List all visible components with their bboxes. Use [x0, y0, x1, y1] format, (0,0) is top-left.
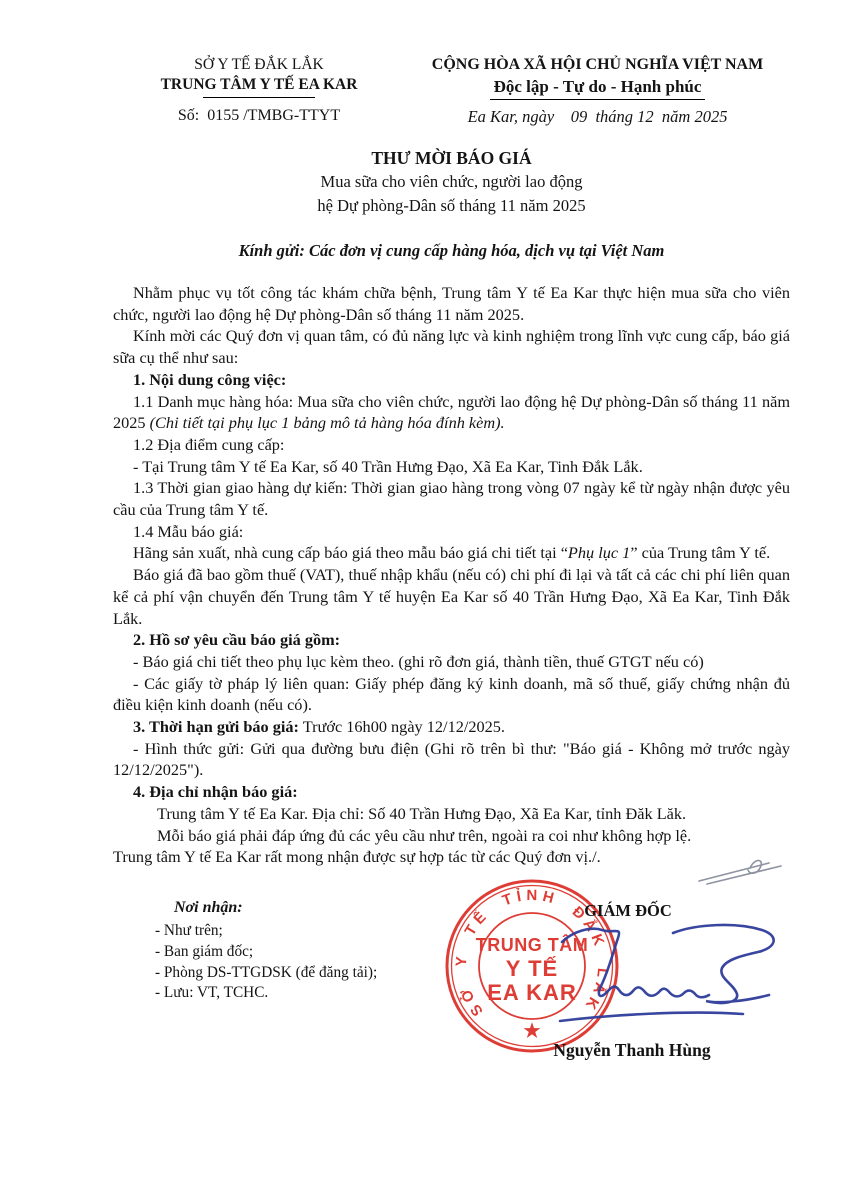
section-heading-4: 4. Địa chỉ nhận báo giá: — [113, 781, 790, 803]
recipient-item: - Như trên; — [155, 921, 377, 942]
paragraph-1-3: 1.3 Thời gian giao hàng dự kiến: Thời gi… — [113, 477, 790, 520]
section-heading-1: 1. Nội dung công việc: — [113, 369, 790, 391]
paragraph-1-2: 1.2 Địa điểm cung cấp: — [113, 434, 790, 456]
national-title: CỘNG HÒA XÃ HỘI CHỦ NGHĨA VIỆT NAM — [405, 56, 790, 74]
doc-subtitle-1: Mua sữa cho viên chức, người lao động — [113, 171, 790, 193]
paragraph-closing: Trung tâm Y tế Ea Kar rất mong nhận được… — [113, 846, 790, 868]
recipients-list: - Như trên; - Ban giám đốc; - Phòng DS-T… — [155, 921, 377, 1004]
paragraph-3-1: - Hình thức gửi: Gửi qua đường bưu điện … — [113, 738, 790, 781]
paragraph-1-1-note: (Chi tiết tại phụ lục 1 bảng mô tả hàng … — [150, 413, 505, 432]
paragraph-intro-1: Nhằm phục vụ tốt công tác khám chữa bệnh… — [113, 282, 790, 325]
body-text: Nhằm phục vụ tốt công tác khám chữa bệnh… — [113, 282, 790, 868]
initial-mark-icon — [695, 855, 800, 888]
signature-underline — [560, 1013, 743, 1021]
org-parent: SỞ Y TẾ ĐẮK LẮK — [113, 56, 405, 74]
doc-number: Số: 0155 /TMBG-TTYT — [113, 107, 405, 125]
section-heading-3: 3. Thời hạn gửi báo giá: Trước 16h00 ngà… — [113, 716, 790, 738]
title-block: THƯ MỜI BÁO GIÁ Mua sữa cho viên chức, n… — [113, 147, 790, 217]
director-title: GIÁM ĐỐC — [508, 901, 748, 921]
doc-title: THƯ MỜI BÁO GIÁ — [113, 147, 790, 169]
recipient-item: - Lưu: VT, TCHC. — [155, 983, 377, 1004]
paragraph-2-1: - Báo giá chi tiết theo phụ lục kèm theo… — [113, 651, 790, 673]
paragraph-intro-2: Kính mời các Quý đơn vị quan tâm, có đủ … — [113, 325, 790, 368]
signature-stroke-1 — [562, 929, 709, 998]
salutation: Kính gửi: Các đơn vị cung cấp hàng hóa, … — [113, 241, 790, 261]
document-content: SỞ Y TẾ ĐẮK LẮK TRUNG TÂM Y TẾ EA KAR Số… — [0, 0, 849, 868]
document-page: SỞ Y TẾ ĐẮK LẮK TRUNG TÂM Y TẾ EA KAR Số… — [0, 0, 849, 1200]
recipients-title: Nơi nhận: — [174, 899, 243, 917]
paragraph-4-1: Trung tâm Y tế Ea Kar. Địa chỉ: Số 40 Tr… — [113, 803, 790, 825]
document-header: SỞ Y TẾ ĐẮK LẮK TRUNG TÂM Y TẾ EA KAR Số… — [113, 56, 790, 127]
section-heading-2: 2. Hồ sơ yêu cầu báo giá gồm: — [113, 629, 790, 651]
paragraph-1-4: 1.4 Mẫu báo giá: — [113, 521, 790, 543]
recipient-item: - Phòng DS-TTGDSK (để đăng tải); — [155, 963, 377, 984]
paragraph-vat: Báo giá đã bao gồm thuế (VAT), thuế nhập… — [113, 564, 790, 629]
paragraph-1-4a-ref: Phụ lục 1 — [568, 543, 630, 562]
org-name: TRUNG TÂM Y TẾ EA KAR — [113, 76, 405, 94]
national-motto: Độc lập - Tự do - Hạnh phúc — [490, 77, 706, 100]
recipient-item: - Ban giám đốc; — [155, 942, 377, 963]
place-date: Ea Kar, ngày 09 tháng 12 năm 2025 — [405, 107, 790, 127]
signer-name: Nguyễn Thanh Hùng — [512, 1040, 752, 1061]
paragraph-1-4a-pre: Hãng sản xuất, nhà cung cấp báo giá theo… — [133, 543, 568, 562]
issuing-org-block: SỞ Y TẾ ĐẮK LẮK TRUNG TÂM Y TẾ EA KAR Số… — [113, 56, 405, 127]
paragraph-1-1: 1.1 Danh mục hàng hóa: Mua sữa cho viên … — [113, 391, 790, 434]
doc-subtitle-2: hệ Dự phòng-Dân số tháng 11 năm 2025 — [113, 195, 790, 217]
section-heading-3-label: 3. Thời hạn gửi báo giá: — [133, 717, 299, 736]
section-heading-3-rest: Trước 16h00 ngày 12/12/2025. — [299, 717, 505, 736]
national-header-block: CỘNG HÒA XÃ HỘI CHỦ NGHĨA VIỆT NAM Độc l… — [405, 56, 790, 127]
paragraph-1-2a: - Tại Trung tâm Y tế Ea Kar, số 40 Trần … — [113, 456, 790, 478]
paragraph-4-2: Mỗi báo giá phải đáp ứng đủ các yêu cầu … — [113, 825, 790, 847]
signature-image — [538, 902, 808, 1042]
paragraph-2-2: - Các giấy tờ pháp lý liên quan: Giấy ph… — [113, 673, 790, 716]
org-underline — [203, 97, 315, 98]
paragraph-1-4a-post: ” của Trung tâm Y tế. — [630, 543, 770, 562]
paragraph-1-4a: Hãng sản xuất, nhà cung cấp báo giá theo… — [113, 542, 790, 564]
